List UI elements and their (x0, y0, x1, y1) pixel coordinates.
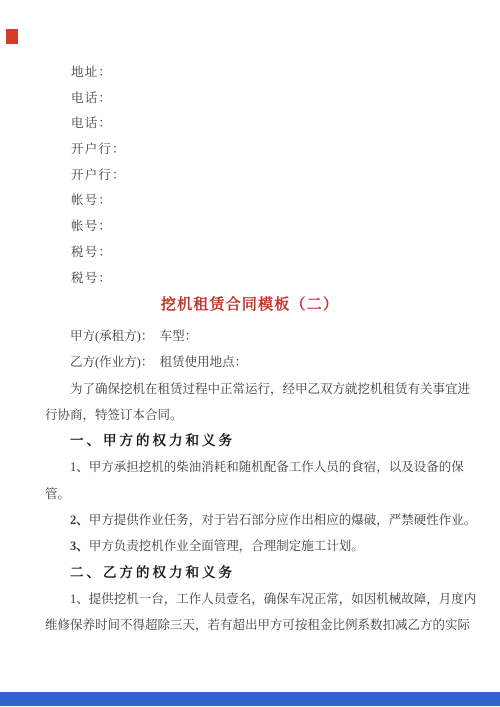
preamble-line-2: 行协商，特签订本合同。 (45, 402, 471, 428)
clause-1-1-line-1: 1、甲方承担挖机的柴油消耗和随机配备工作人员的食宿，以及设备的保 (45, 454, 471, 480)
clause-1-1-line-2: 管。 (45, 481, 471, 507)
contact-label-address: 地址： (71, 60, 126, 86)
party-a-line: 甲方(承租方)： 车型： (45, 323, 471, 349)
contact-label-bank-1: 开户行： (71, 137, 126, 163)
line-text: 维修保养时间不得超除三天，若有超出甲方可按租金比例系数扣减乙方的实际 (45, 618, 470, 632)
red-corner-mark (6, 29, 18, 44)
footer-blue-bar (0, 692, 500, 706)
section-2-heading: 二、乙方的权力和义务 (45, 560, 471, 586)
clause-number: 2、 (70, 513, 89, 527)
line-text: 乙方(作业方)： 租赁使用地点： (70, 355, 247, 369)
clause-2-1-line-2: 维修保养时间不得超除三天，若有超出甲方可按租金比例系数扣减乙方的实际 (45, 612, 471, 638)
line-text: 管。 (45, 487, 70, 501)
clause-number: 3、 (70, 539, 89, 553)
section-1-heading: 一、甲方的权力和义务 (45, 428, 471, 454)
line-text: 行协商，特签订本合同。 (45, 408, 183, 422)
contact-label-phone-1: 电话： (71, 86, 126, 112)
clause-1-2: 2、甲方提供作业任务，对于岩石部分应作出相应的爆破，严禁硬性作业。 (45, 507, 471, 533)
contact-label-tax-1: 税号： (71, 240, 126, 266)
contact-label-bank-2: 开户行： (71, 163, 126, 189)
document-title: 挖机租赁合同模板（二） (0, 295, 500, 315)
contract-body: 甲方(承租方)： 车型： 乙方(作业方)： 租赁使用地点： 为了确保挖机在租赁过… (45, 323, 471, 639)
line-text: 1、甲方承担挖机的柴油消耗和随机配备工作人员的食宿，以及设备的保 (70, 460, 464, 474)
line-text: 甲方提供作业任务，对于岩石部分应作出相应的爆破，严禁硬性作业。 (89, 513, 477, 527)
contact-info-block: 地址： 电话： 电话： 开户行： 开户行： 帐号： 帐号： 税号： 税号： (71, 60, 126, 291)
contact-label-account-1: 帐号： (71, 188, 126, 214)
party-b-line: 乙方(作业方)： 租赁使用地点： (45, 349, 471, 375)
document-page: 地址： 电话： 电话： 开户行： 开户行： 帐号： 帐号： 税号： 税号： 挖机… (0, 0, 500, 707)
clause-2-1-line-1: 1、提供挖机一台，工作人员壹名，确保车况正常，如因机械故障，月度内 (45, 586, 471, 612)
line-text: 二、乙方的权力和义务 (70, 565, 235, 580)
contact-label-account-2: 帐号： (71, 214, 126, 240)
line-text: 为了确保挖机在租赁过程中正常运行，经甲乙双方就挖机租赁有关事宜进 (70, 382, 470, 396)
line-text: 1、提供挖机一台，工作人员壹名，确保车况正常，如因机械故障，月度内 (70, 592, 476, 606)
line-text: 一、甲方的权力和义务 (70, 433, 235, 448)
preamble-line-1: 为了确保挖机在租赁过程中正常运行，经甲乙双方就挖机租赁有关事宜进 (45, 376, 471, 402)
clause-1-3: 3、甲方负责挖机作业全面管理，合理制定施工计划。 (45, 533, 471, 559)
line-text: 甲方(承租方)： 车型： (70, 329, 197, 343)
line-text: 甲方负责挖机作业全面管理，合理制定施工计划。 (89, 539, 364, 553)
contact-label-phone-2: 电话： (71, 111, 126, 137)
contact-label-tax-2: 税号： (71, 266, 126, 292)
